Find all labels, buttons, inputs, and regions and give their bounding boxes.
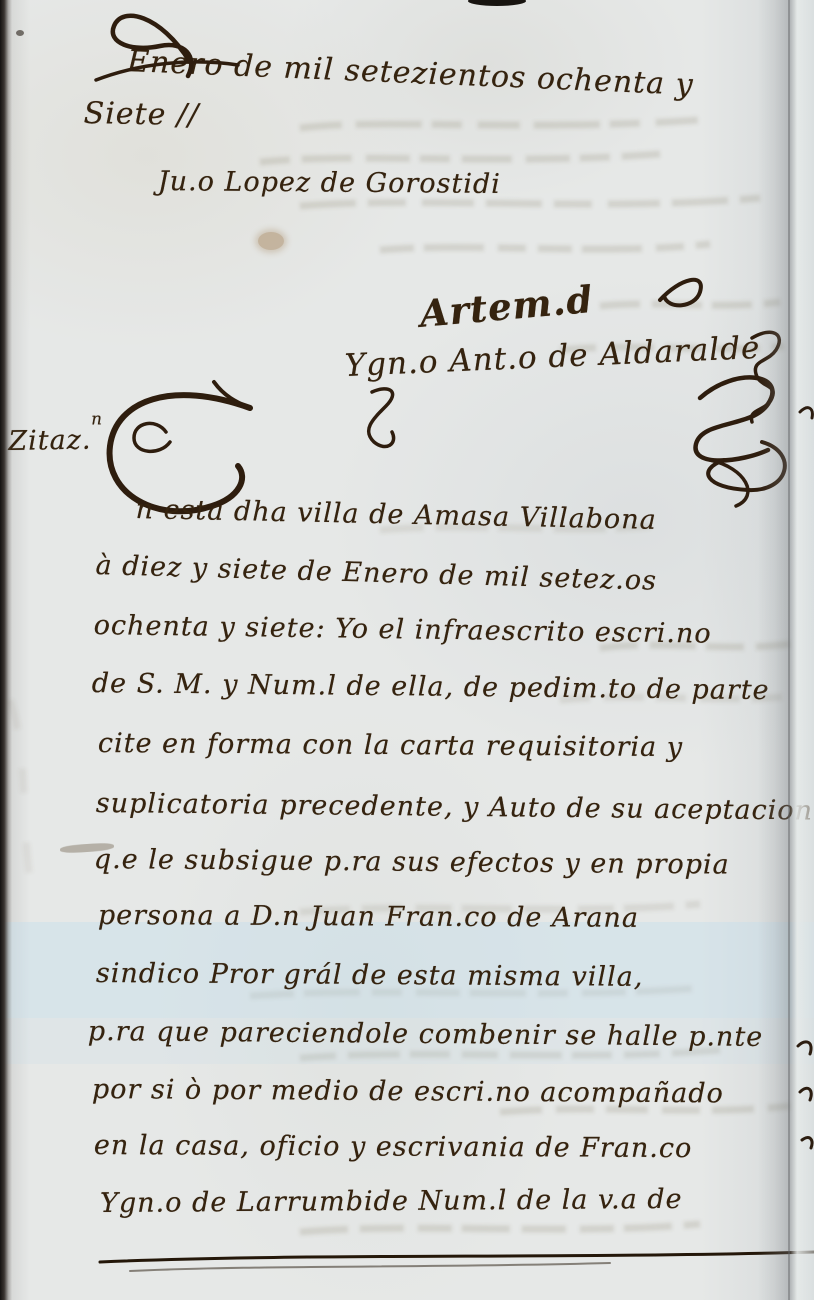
facing-page-text-fragments <box>0 0 814 1300</box>
manuscript-page: Enero de mil setezientos ochenta y Siete… <box>0 0 814 1300</box>
scan-edge-left <box>0 0 12 1300</box>
